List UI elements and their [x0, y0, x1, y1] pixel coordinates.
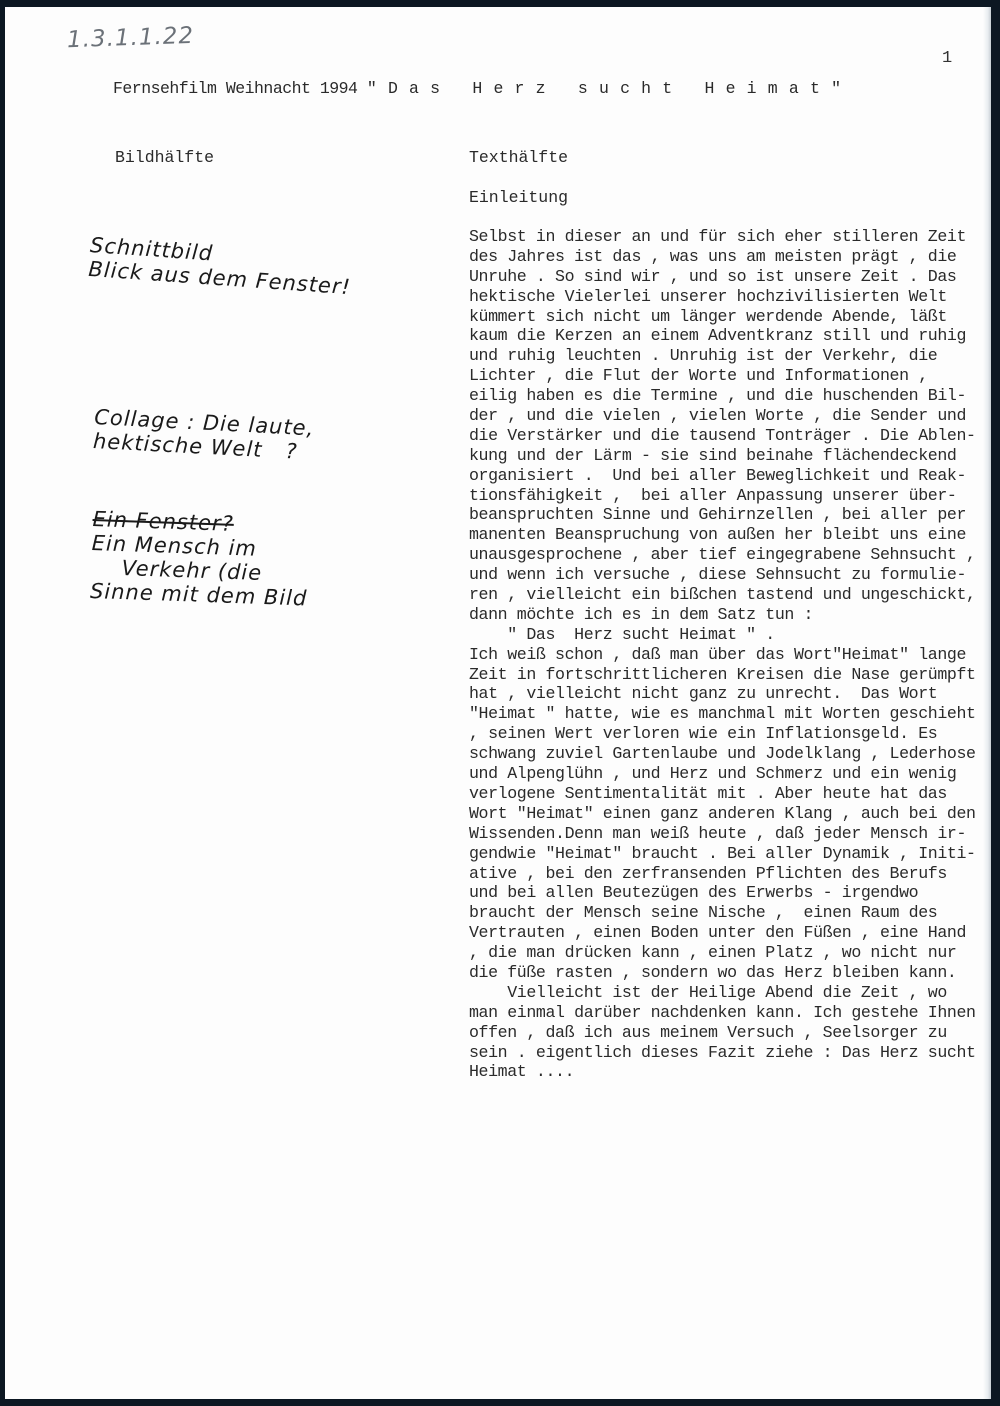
body-line: eilig haben es die Termine , und die hus…	[469, 386, 999, 406]
body-line: hektische Vielerlei unserer hochzivilisi…	[469, 287, 999, 307]
body-line: und ruhig leuchten . Unruhig ist der Ver…	[469, 346, 999, 366]
body-line: schwang zuviel Gartenlaube und Jodelklan…	[469, 744, 999, 764]
body-line: die Verstärker und die tausend Tonträger…	[469, 426, 999, 446]
body-line: ative , bei den zerfransenden Pflichten …	[469, 864, 999, 884]
document-header: Fernsehfilm Weihnacht 1994 "Das Herz suc…	[113, 79, 852, 98]
body-line: organisiert . Und bei aller Beweglichkei…	[469, 466, 999, 486]
body-line: offen , daß ich aus meinem Versuch , See…	[469, 1023, 999, 1043]
body-line: und Alpenglühn , und Herz und Schmerz un…	[469, 764, 999, 784]
body-line: Vertrauten , einen Boden unter den Füßen…	[469, 923, 999, 943]
body-line: Unruhe . So sind wir , und so ist unsere…	[469, 267, 999, 287]
section-title: Einleitung	[469, 188, 568, 207]
body-line: man einmal darüber nachdenken kann. Ich …	[469, 1003, 999, 1023]
body-line: kümmert sich nicht um länger werdende Ab…	[469, 307, 999, 327]
handwritten-note-3: Ein Fenster? Ein Mensch im Verkehr (die …	[90, 507, 311, 611]
header-prefix: Fernsehfilm Weihnacht 1994	[113, 79, 367, 98]
body-line: Ich weiß schon , daß man über das Wort"H…	[469, 645, 999, 665]
body-line: tionsfähigkeit , bei aller Anpassung uns…	[469, 486, 999, 506]
body-line: hat , vielleicht nicht ganz zu unrecht. …	[469, 684, 999, 704]
handnote-line: Sinne mit dem Bild	[90, 579, 308, 611]
body-line: des Jahres ist das , was uns am meisten …	[469, 247, 999, 267]
body-line: und wenn ich versuche , diese Sehnsucht …	[469, 565, 999, 585]
body-line: " Das Herz sucht Heimat " .	[469, 625, 999, 645]
page-number: 1	[942, 49, 952, 68]
body-line: Heimat ....	[469, 1062, 999, 1082]
body-line: "Heimat " hatte, wie es manchmal mit Wor…	[469, 704, 999, 724]
body-line: kaum die Kerzen an einem Adventkranz sti…	[469, 326, 999, 346]
body-line: beanspruchten Sinne und Gehirnzellen , b…	[469, 505, 999, 525]
body-line: Wissenden.Denn man weiß heute , daß jede…	[469, 824, 999, 844]
body-line: Wort "Heimat" einen ganz anderen Klang ,…	[469, 804, 999, 824]
body-line: gendwie "Heimat" braucht . Bei aller Dyn…	[469, 844, 999, 864]
body-line: sein . eigentlich dieses Fazit ziehe : D…	[469, 1043, 999, 1063]
body-line: dann möchte ich es in dem Satz tun :	[469, 605, 999, 625]
body-line: , seinen Wert verloren wie ein Inflation…	[469, 724, 999, 744]
column-heading-text: Texthälfte	[469, 148, 568, 167]
column-heading-image: Bildhälfte	[115, 148, 214, 167]
body-line: und bei allen Beutezügen des Erwerbs - i…	[469, 883, 999, 903]
body-line: der , und die vielen , vielen Worte , di…	[469, 406, 999, 426]
body-line: ren , vielleicht ein bißchen tastend und…	[469, 585, 999, 605]
archive-number: 1.3.1.1.22	[67, 23, 195, 53]
header-title: "Das Herz sucht Heimat"	[367, 79, 852, 98]
body-line: unausgesprochene , aber tief eingegraben…	[469, 545, 999, 565]
body-line: kung und der Lärm - sie sind beinahe flä…	[469, 446, 999, 466]
document-page: 1.3.1.1.22 1 Fernsehfilm Weihnacht 1994 …	[5, 7, 991, 1399]
body-line: braucht der Mensch seine Nische , einen …	[469, 903, 999, 923]
body-line: die füße rasten , sondern wo das Herz bl…	[469, 963, 999, 983]
body-line: manenten Beanspruchung von außen her ble…	[469, 525, 999, 545]
handnote-line: Blick aus dem Fenster!	[88, 257, 352, 299]
body-line: Vielleicht ist der Heilige Abend die Zei…	[469, 983, 999, 1003]
handwritten-note-2: Collage : Die laute, hektische Welt ?	[92, 405, 314, 464]
body-line: Selbst in dieser an und für sich eher st…	[469, 227, 999, 247]
body-line: verlogene Sentimentalität mit . Aber heu…	[469, 784, 999, 804]
body-line: , die man drücken kann , einen Platz , w…	[469, 943, 999, 963]
body-text: Selbst in dieser an und für sich eher st…	[469, 227, 999, 1082]
body-line: Zeit in fortschrittlicheren Kreisen die …	[469, 665, 999, 685]
handwritten-note-1: Schnittbild Blick aus dem Fenster!	[88, 233, 354, 299]
body-line: Lichter , die Flut der Worte und Informa…	[469, 366, 999, 386]
